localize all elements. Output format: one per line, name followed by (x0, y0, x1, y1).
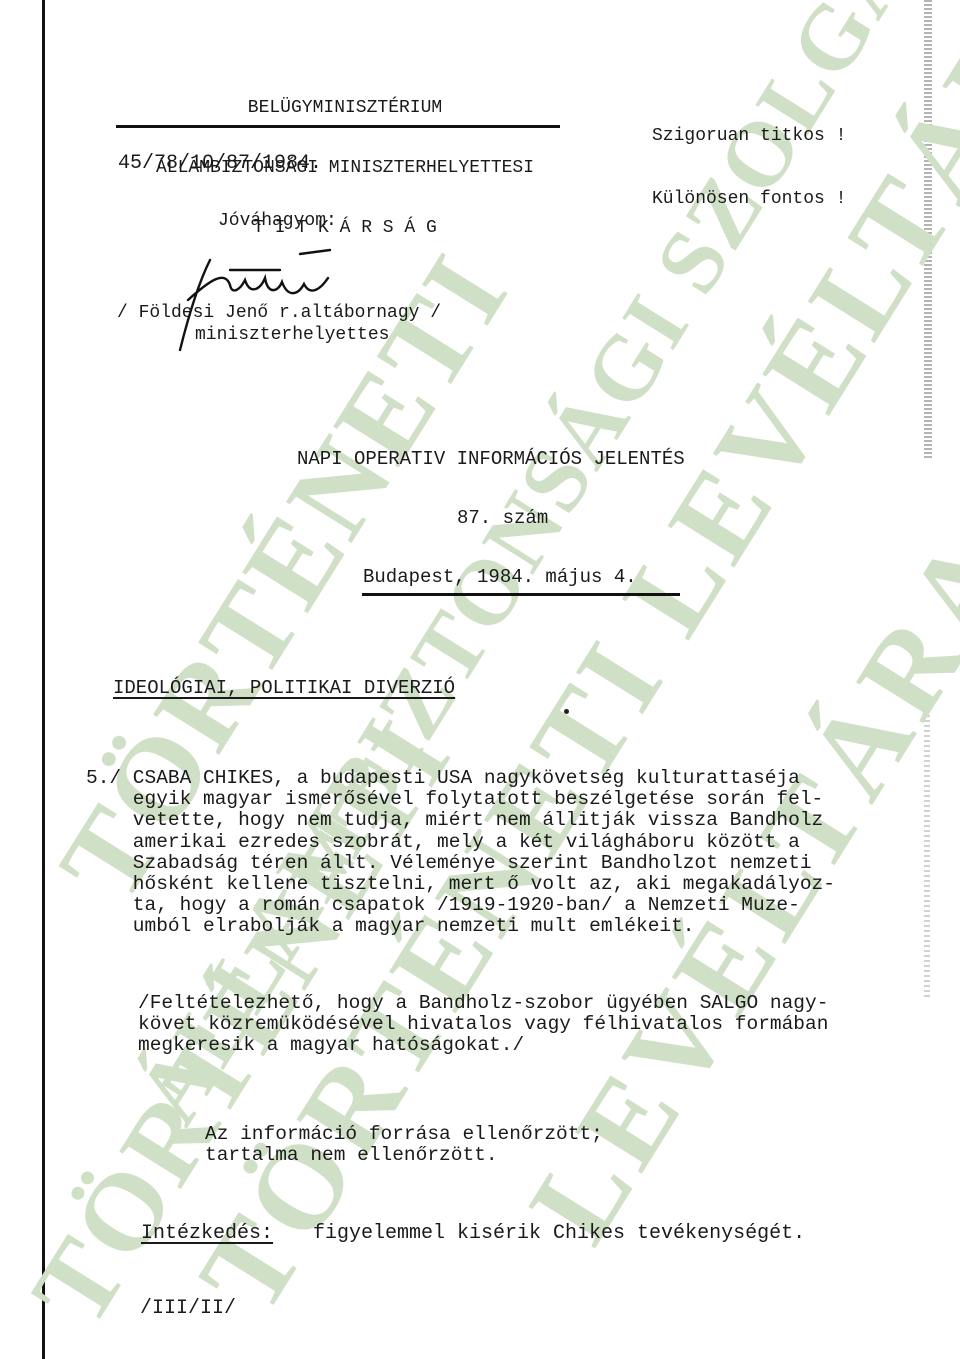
place-and-date: Budapest, 1984. május 4. (363, 566, 637, 588)
reference-number: 45/78/10/87/1984. (118, 153, 322, 175)
report-item-note: /Feltételezhető, hogy a Bandholz-szobor … (138, 993, 828, 1057)
section-heading: IDEOLÓGIAI, POLITIKAI DIVERZIÓ (113, 677, 455, 699)
header-line: T I T K Á R S Á G (117, 218, 573, 238)
report-title: NAPI OPERATIV INFORMÁCIÓS JELENTÉS (297, 448, 685, 470)
approval-label: Jóváhagyom: (218, 210, 337, 232)
date-underline (362, 593, 680, 596)
action-label: Intézkedés: (141, 1223, 273, 1245)
report-item-text: 5./ CSABA CHIKES, a budapesti USA nagykö… (86, 768, 835, 938)
classification-marking: Szigoruan titkos ! Különösen fontos ! (652, 84, 846, 252)
signatory-title: miniszterhelyettes (195, 324, 389, 346)
ink-dot (564, 709, 569, 714)
footer-code: /III/II/ (140, 1298, 236, 1320)
source-assessment: Az információ forrása ellenőrzött; tarta… (205, 1124, 603, 1166)
classification-line: Szigoruan titkos ! (652, 126, 846, 147)
scanned-document-page: TÖRTÉNETI TÖRTÉNETI ÁLLAMBIZTONSÁGI SZOL… (0, 0, 960, 1359)
action-text: figyelemmel kisérik Chikes tevékenységét… (313, 1223, 805, 1245)
signatory-name: / Földesi Jenő r.altábornagy / (117, 302, 441, 324)
header-underline (116, 125, 560, 128)
classification-line: Különösen fontos ! (652, 189, 846, 210)
header-line: BELÜGYMINISZTÉRIUM (117, 98, 573, 118)
issue-number: 87. szám (457, 507, 548, 529)
